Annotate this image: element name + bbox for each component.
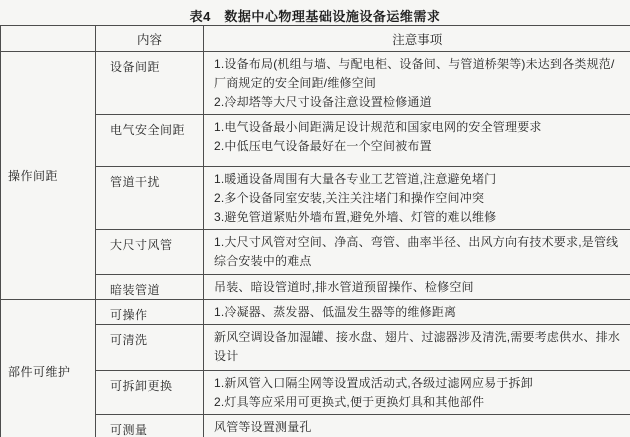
group-label-component-maintainability: 部件可维护 xyxy=(1,300,96,437)
note-line: 1.大尺寸风管对空间、净高、弯管、曲率半径、出风方向有技术要求,是管线综合安装中… xyxy=(214,233,625,271)
header-group-cell xyxy=(1,26,96,52)
content-cell: 可清洗 xyxy=(96,325,204,371)
table-row: 管道干扰 1.暖通设备周围有大量各专业工艺管道,注意避免堵门 2.多个设备同室安… xyxy=(1,167,630,230)
table-row: 暗装管道 吊装、暗设管道时,排水管道预留操作、检修空间 xyxy=(1,275,630,300)
header-notes-cell: 注意事项 xyxy=(204,26,630,52)
content-cell: 可操作 xyxy=(96,300,204,325)
table-row: 可测量 风管等设置测量孔 xyxy=(1,415,630,437)
table-row: 电气安全间距 1.电气设备最小间距满足设计规范和国家电网的安全管理要求 2.中低… xyxy=(1,115,630,167)
table-row: 操作间距 设备间距 1.设备布局(机组与墙、与配电柜、设备间、与管道桥架等)未达… xyxy=(1,52,630,115)
notes-cell: 1.大尺寸风管对空间、净高、弯管、曲率半径、出风方向有技术要求,是管线综合安装中… xyxy=(204,230,630,275)
notes-cell: 风管等设置测量孔 xyxy=(204,415,630,437)
content-cell: 暗装管道 xyxy=(96,275,204,300)
note-line: 2.冷却塔等大尺寸设备注意设置检修通道 xyxy=(214,93,625,112)
note-line: 新风空调设备加湿罐、接水盘、翅片、过滤器涉及清洗,需要考虑供水、排水设计 xyxy=(214,328,625,366)
header-content-cell: 内容 xyxy=(96,26,204,52)
content-cell: 设备间距 xyxy=(96,52,204,115)
header-row: 内容 注意事项 xyxy=(1,26,630,52)
note-line: 2.中低压电气设备最好在一个空间被布置 xyxy=(214,137,625,156)
notes-cell: 1.新风管入口隔尘网等设置成活动式,各级过滤网应易于拆卸 2.灯具等应采用可更换… xyxy=(204,371,630,415)
content-cell: 可拆卸更换 xyxy=(96,371,204,415)
note-line: 2.灯具等应采用可更换式,便于更换灯具和其他部件 xyxy=(214,393,625,412)
note-line: 1.设备布局(机组与墙、与配电柜、设备间、与管道桥架等)未达到各类规范/厂商规定… xyxy=(214,55,625,93)
table-row: 部件可维护 可操作 1.冷凝器、蒸发器、低温发生器等的维修距离 xyxy=(1,300,630,325)
group-label-operating-clearance: 操作间距 xyxy=(1,52,96,300)
table-row: 可清洗 新风空调设备加湿罐、接水盘、翅片、过滤器涉及清洗,需要考虑供水、排水设计 xyxy=(1,325,630,371)
content-cell: 可测量 xyxy=(96,415,204,437)
table-title: 表4 数据中心物理基础设施设备运维需求 xyxy=(0,0,630,25)
note-line: 风管等设置测量孔 xyxy=(214,418,625,437)
content-cell: 大尺寸风管 xyxy=(96,230,204,275)
notes-cell: 1.冷凝器、蒸发器、低温发生器等的维修距离 xyxy=(204,300,630,325)
note-line: 1.电气设备最小间距满足设计规范和国家电网的安全管理要求 xyxy=(214,118,625,137)
note-line: 2.多个设备同室安装,关注关注堵门和操作空间冲突 xyxy=(214,189,625,208)
note-line: 1.冷凝器、蒸发器、低温发生器等的维修距离 xyxy=(214,303,625,322)
note-line: 3.避免管道紧贴外墙布置,避免外墙、灯管的难以维修 xyxy=(214,208,625,227)
notes-cell: 吊装、暗设管道时,排水管道预留操作、检修空间 xyxy=(204,275,630,300)
scanned-document-page: 表4 数据中心物理基础设施设备运维需求 内容 注意事项 操作间距 设备间距 1.… xyxy=(0,0,630,437)
notes-cell: 新风空调设备加湿罐、接水盘、翅片、过滤器涉及清洗,需要考虑供水、排水设计 xyxy=(204,325,630,371)
note-line: 1.暖通设备周围有大量各专业工艺管道,注意避免堵门 xyxy=(214,170,625,189)
notes-cell: 1.设备布局(机组与墙、与配电柜、设备间、与管道桥架等)未达到各类规范/厂商规定… xyxy=(204,52,630,115)
content-cell: 电气安全间距 xyxy=(96,115,204,167)
content-cell: 管道干扰 xyxy=(96,167,204,230)
notes-cell: 1.暖通设备周围有大量各专业工艺管道,注意避免堵门 2.多个设备同室安装,关注关… xyxy=(204,167,630,230)
note-line: 吊装、暗设管道时,排水管道预留操作、检修空间 xyxy=(214,278,625,297)
note-line: 1.新风管入口隔尘网等设置成活动式,各级过滤网应易于拆卸 xyxy=(214,374,625,393)
table-row: 大尺寸风管 1.大尺寸风管对空间、净高、弯管、曲率半径、出风方向有技术要求,是管… xyxy=(1,230,630,275)
notes-cell: 1.电气设备最小间距满足设计规范和国家电网的安全管理要求 2.中低压电气设备最好… xyxy=(204,115,630,167)
table-row: 可拆卸更换 1.新风管入口隔尘网等设置成活动式,各级过滤网应易于拆卸 2.灯具等… xyxy=(1,371,630,415)
maintenance-requirements-table: 内容 注意事项 操作间距 设备间距 1.设备布局(机组与墙、与配电柜、设备间、与… xyxy=(0,25,630,437)
